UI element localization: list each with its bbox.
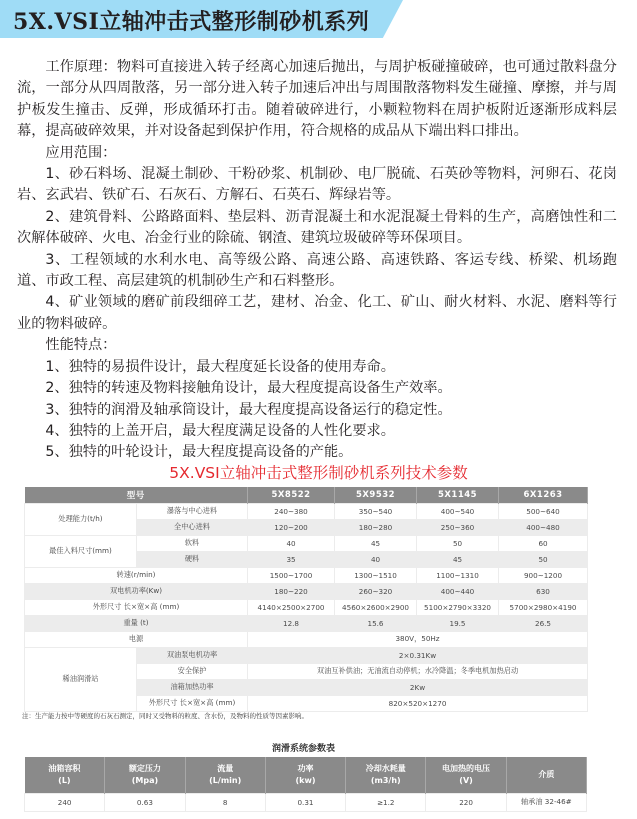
table-row: 重量 (t) 12.8 15.6 19.5 26.5 bbox=[25, 615, 588, 631]
cell: 50 bbox=[417, 535, 499, 551]
cell: 1500~1700 bbox=[248, 567, 335, 583]
cell: 35 bbox=[248, 551, 335, 567]
cell: 260~320 bbox=[335, 583, 417, 599]
table-header-row: 型号 5X8522 5X9532 5X1145 6X1263 bbox=[25, 487, 588, 503]
cell: 250~360 bbox=[417, 519, 499, 535]
row-label: 稀油润滑站 bbox=[25, 647, 137, 711]
cell: 19.5 bbox=[417, 615, 499, 631]
table-row: 外形尺寸 长×宽×高 (mm) 4140×2500×2700 4560×2600… bbox=[25, 599, 588, 615]
application-item: 1、砂石料场、混凝土制砂、干粉砂浆、机制砂、电厂脱硫、石英砂等物料，河卵石、花岗… bbox=[17, 164, 617, 207]
feature-item: 1、独特的易损件设计，最大程度延长设备的使用寿命。 bbox=[17, 357, 617, 378]
row-sublabel: 软料 bbox=[137, 535, 248, 551]
cell: 350~540 bbox=[335, 503, 417, 519]
page-title: 5X.VSI立轴冲击式整形制砂机系列 bbox=[13, 5, 369, 36]
feature-item: 2、独特的转速及物料接触角设计，最大程度提高设备生产效率。 bbox=[17, 378, 617, 399]
cell: 1100~1310 bbox=[417, 567, 499, 583]
cell: 60 bbox=[499, 535, 588, 551]
cell: 900~1200 bbox=[499, 567, 588, 583]
cell: 40 bbox=[248, 535, 335, 551]
application-item: 4、矿业领域的磨矿前段细碎工艺，建材、冶金、化工、矿山、耐火材料、水泥、磨料等行… bbox=[17, 292, 617, 335]
feature-item: 3、独特的润滑及轴承筒设计，最大程度提高设备运行的稳定性。 bbox=[17, 400, 617, 421]
cell: 5100×2790×3320 bbox=[417, 599, 499, 615]
cell: 500~640 bbox=[499, 503, 588, 519]
row-label: 处理能力(t/h) bbox=[25, 503, 137, 535]
cell: 双油互补供油；无油流自动停机；水冷降温；冬季电机加热启动 bbox=[248, 663, 588, 679]
cell: 50 bbox=[499, 551, 588, 567]
row-label: 转速(r/min) bbox=[25, 567, 248, 583]
row-sublabel: 油箱加热功率 bbox=[137, 679, 248, 695]
cell: 0.63 bbox=[105, 793, 185, 811]
cell: 45 bbox=[417, 551, 499, 567]
cell: 400~540 bbox=[417, 503, 499, 519]
spec-table: 型号 5X8522 5X9532 5X1145 6X1263 处理能力(t/h)… bbox=[24, 487, 588, 712]
cell: 轴承油 32-46# bbox=[506, 793, 586, 811]
cell: 40 bbox=[335, 551, 417, 567]
model-col: 5X9532 bbox=[335, 487, 417, 503]
col-header: 油箱容积(L) bbox=[25, 757, 105, 793]
cell: 0.31 bbox=[265, 793, 345, 811]
row-label: 外形尺寸 长×宽×高 (mm) bbox=[25, 599, 248, 615]
col-header: 电加热的电压(V) bbox=[426, 757, 506, 793]
cell: 4140×2500×2700 bbox=[248, 599, 335, 615]
cell: 12.8 bbox=[248, 615, 335, 631]
row-label: 电源 bbox=[25, 631, 248, 647]
row-sublabel: 安全保护 bbox=[137, 663, 248, 679]
features-heading: 性能特点： bbox=[17, 335, 617, 356]
model-col: 5X8522 bbox=[248, 487, 335, 503]
cell: 15.6 bbox=[335, 615, 417, 631]
row-label: 重量 (t) bbox=[25, 615, 248, 631]
lube-table: 油箱容积(L) 额定压力(Mpa) 流量(L/min) 功率(kw) 冷却水耗量… bbox=[24, 757, 587, 812]
cell: ≥1.2 bbox=[346, 793, 426, 811]
cell: 240 bbox=[25, 793, 105, 811]
model-col: 6X1263 bbox=[499, 487, 588, 503]
cell: 4560×2600×2900 bbox=[335, 599, 417, 615]
row-sublabel: 瀑落与中心进料 bbox=[137, 503, 248, 519]
table-row: 双电机功率(Kw) 180~220 260~320 400~440 630 bbox=[25, 583, 588, 599]
table-row: 电源 380V，50Hz bbox=[25, 631, 588, 647]
working-principle: 工作原理：物料可直接进入转子经离心加速后抛出，与周护板碰撞破碎，也可通过散料盘分… bbox=[17, 57, 617, 143]
cell: 220 bbox=[426, 793, 506, 811]
table-note: 注：生产能力按中等硬度的石灰石测定，同时又受物料的粒度、含水份，及物料的性质等因… bbox=[22, 711, 308, 720]
cell: 5700×2980×4190 bbox=[499, 599, 588, 615]
col-header: 冷却水耗量(m3/h) bbox=[346, 757, 426, 793]
cell: 2Kw bbox=[248, 679, 588, 695]
cell: 45 bbox=[335, 535, 417, 551]
cell: 8 bbox=[185, 793, 265, 811]
cell: 1300~1510 bbox=[335, 567, 417, 583]
lube-table-title: 润滑系统参数表 bbox=[0, 741, 607, 754]
cell: 180~280 bbox=[335, 519, 417, 535]
row-sublabel: 双油泵电机功率 bbox=[137, 647, 248, 663]
feature-item: 4、独特的上盖开启，最大程度满足设备的人性化要求。 bbox=[17, 421, 617, 442]
table-row: 240 0.63 8 0.31 ≥1.2 220 轴承油 32-46# bbox=[25, 793, 587, 811]
model-header: 型号 bbox=[25, 487, 248, 503]
cell: 240~380 bbox=[248, 503, 335, 519]
cell: 630 bbox=[499, 583, 588, 599]
row-label: 最佳入料尺寸(mm) bbox=[25, 535, 137, 567]
application-item: 3、工程领域的水利水电、高等级公路、高速公路、高速铁路、客运专线、桥梁、机场跑道… bbox=[17, 250, 617, 293]
table-row: 处理能力(t/h) 瀑落与中心进料 240~380 350~540 400~54… bbox=[25, 503, 588, 519]
table-row: 稀油润滑站 双油泵电机功率 2×0.31Kw bbox=[25, 647, 588, 663]
model-col: 5X1145 bbox=[417, 487, 499, 503]
col-header: 介质 bbox=[506, 757, 586, 793]
cell: 120~200 bbox=[248, 519, 335, 535]
cell: 380V，50Hz bbox=[248, 631, 588, 647]
row-sublabel: 外形尺寸 长×宽×高 (mm) bbox=[137, 695, 248, 711]
table-row: 转速(r/min) 1500~1700 1300~1510 1100~1310 … bbox=[25, 567, 588, 583]
row-sublabel: 全中心进料 bbox=[137, 519, 248, 535]
table-header-row: 油箱容积(L) 额定压力(Mpa) 流量(L/min) 功率(kw) 冷却水耗量… bbox=[25, 757, 587, 793]
cell: 820×520×1270 bbox=[248, 695, 588, 711]
application-item: 2、建筑骨料、公路路面料、垫层料、沥青混凝土和水泥混凝土骨料的生产，高磨蚀性和二… bbox=[17, 207, 617, 250]
cell: 400~480 bbox=[499, 519, 588, 535]
cell: 400~440 bbox=[417, 583, 499, 599]
table-row: 最佳入料尺寸(mm) 软料 40 45 50 60 bbox=[25, 535, 588, 551]
cell: 180~220 bbox=[248, 583, 335, 599]
col-header: 功率(kw) bbox=[265, 757, 345, 793]
applications-heading: 应用范围： bbox=[17, 143, 617, 164]
col-header: 额定压力(Mpa) bbox=[105, 757, 185, 793]
spec-table-title: 5X.VSI立轴冲击式整形制砂机系列技术参数 bbox=[0, 461, 637, 483]
cell: 2×0.31Kw bbox=[248, 647, 588, 663]
row-label: 双电机功率(Kw) bbox=[25, 583, 248, 599]
description-section: 工作原理：物料可直接进入转子经离心加速后抛出，与周护板碰撞破碎，也可通过散料盘分… bbox=[17, 57, 617, 464]
cell: 26.5 bbox=[499, 615, 588, 631]
row-sublabel: 硬料 bbox=[137, 551, 248, 567]
col-header: 流量(L/min) bbox=[185, 757, 265, 793]
